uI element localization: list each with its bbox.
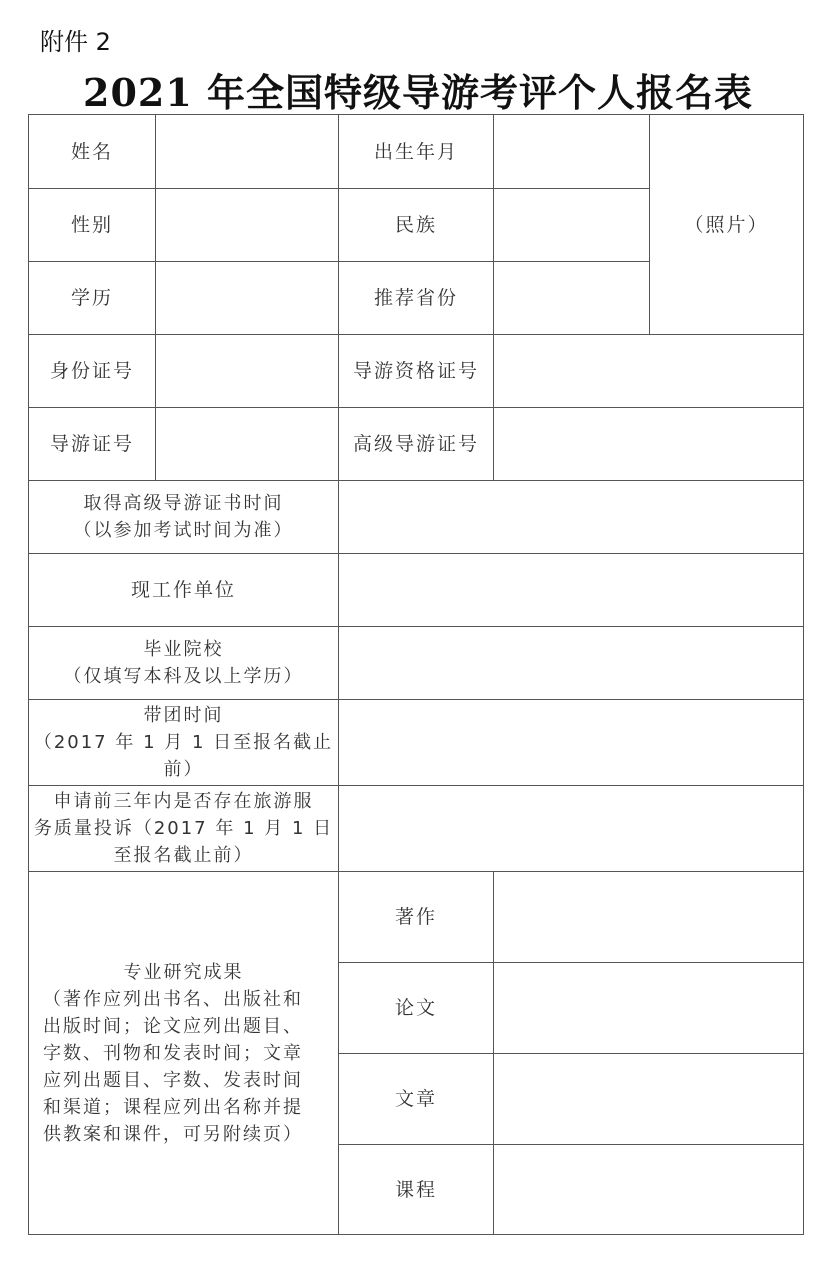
province-label: 推荐省份 xyxy=(339,262,494,335)
papers-field[interactable] xyxy=(494,963,804,1054)
gender-field[interactable] xyxy=(156,189,339,262)
label-line: 应列出题目、字数、发表时间 xyxy=(43,1067,334,1094)
birth-label: 出生年月 xyxy=(339,115,494,189)
articles-field[interactable] xyxy=(494,1054,804,1145)
qualification-number-label: 导游资格证号 xyxy=(339,335,494,408)
label-line: 字数、刊物和发表时间；文章 xyxy=(43,1040,334,1067)
books-label: 著作 xyxy=(339,872,494,963)
page-title: 2021 年全国特级导游考评个人报名表 xyxy=(0,62,836,117)
name-label: 姓名 xyxy=(29,115,156,189)
gender-label: 性别 xyxy=(29,189,156,262)
label-line: （著作应列出书名、出版社和 xyxy=(43,986,334,1013)
books-field[interactable] xyxy=(494,872,804,963)
complaint-field[interactable] xyxy=(339,786,804,872)
senior-cert-label: 高级导游证号 xyxy=(339,408,494,481)
employer-label: 现工作单位 xyxy=(29,554,339,627)
articles-label: 文章 xyxy=(339,1054,494,1145)
senior-cert-time-label: 取得高级导游证书时间 （以参加考试时间为准） xyxy=(29,481,339,554)
employer-field[interactable] xyxy=(339,554,804,627)
senior-cert-time-field[interactable] xyxy=(339,481,804,554)
courses-field[interactable] xyxy=(494,1145,804,1235)
label-line: 带团时间 xyxy=(33,702,334,729)
label-line: 供教案和课件，可另附续页） xyxy=(43,1121,334,1148)
label-line: 出版时间；论文应列出题目、 xyxy=(43,1013,334,1040)
tour-time-field[interactable] xyxy=(339,700,804,786)
registration-form-table: 姓名 出生年月 （照片） 性别 民族 学历 推荐省份 身份证号 导游资格证号 导… xyxy=(28,114,804,1235)
label-line: （2017 年 1 月 1 日至报名截止 xyxy=(33,729,334,756)
education-label: 学历 xyxy=(29,262,156,335)
photo-box[interactable]: （照片） xyxy=(650,115,804,335)
birth-field[interactable] xyxy=(494,115,650,189)
courses-label: 课程 xyxy=(339,1145,494,1235)
label-line: （仅填写本科及以上学历） xyxy=(33,663,334,690)
province-field[interactable] xyxy=(494,262,650,335)
guide-cert-label: 导游证号 xyxy=(29,408,156,481)
id-number-field[interactable] xyxy=(156,335,339,408)
ethnicity-field[interactable] xyxy=(494,189,650,262)
research-label: 专业研究成果 （著作应列出书名、出版社和 出版时间；论文应列出题目、 字数、刊物… xyxy=(29,872,339,1235)
papers-label: 论文 xyxy=(339,963,494,1054)
tour-time-label: 带团时间 （2017 年 1 月 1 日至报名截止 前） xyxy=(29,700,339,786)
id-number-label: 身份证号 xyxy=(29,335,156,408)
label-line: 毕业院校 xyxy=(33,636,334,663)
complaint-label: 申请前三年内是否存在旅游服 务质量投诉（2017 年 1 月 1 日 至报名截止… xyxy=(29,786,339,872)
label-line: 务质量投诉（2017 年 1 月 1 日 xyxy=(33,815,334,842)
name-field[interactable] xyxy=(156,115,339,189)
school-field[interactable] xyxy=(339,627,804,700)
label-line: 专业研究成果 xyxy=(33,959,334,986)
school-label: 毕业院校 （仅填写本科及以上学历） xyxy=(29,627,339,700)
label-line: （以参加考试时间为准） xyxy=(33,517,334,544)
label-line: 前） xyxy=(33,756,334,783)
label-line: 和渠道；课程应列出名称并提 xyxy=(43,1094,334,1121)
guide-cert-field[interactable] xyxy=(156,408,339,481)
label-line: 取得高级导游证书时间 xyxy=(33,490,334,517)
label-line: 至报名截止前） xyxy=(33,842,334,869)
ethnicity-label: 民族 xyxy=(339,189,494,262)
label-line: 申请前三年内是否存在旅游服 xyxy=(33,788,334,815)
education-field[interactable] xyxy=(156,262,339,335)
senior-cert-field[interactable] xyxy=(494,408,804,481)
attachment-label: 附件 2 xyxy=(40,22,111,57)
qualification-number-field[interactable] xyxy=(494,335,804,408)
